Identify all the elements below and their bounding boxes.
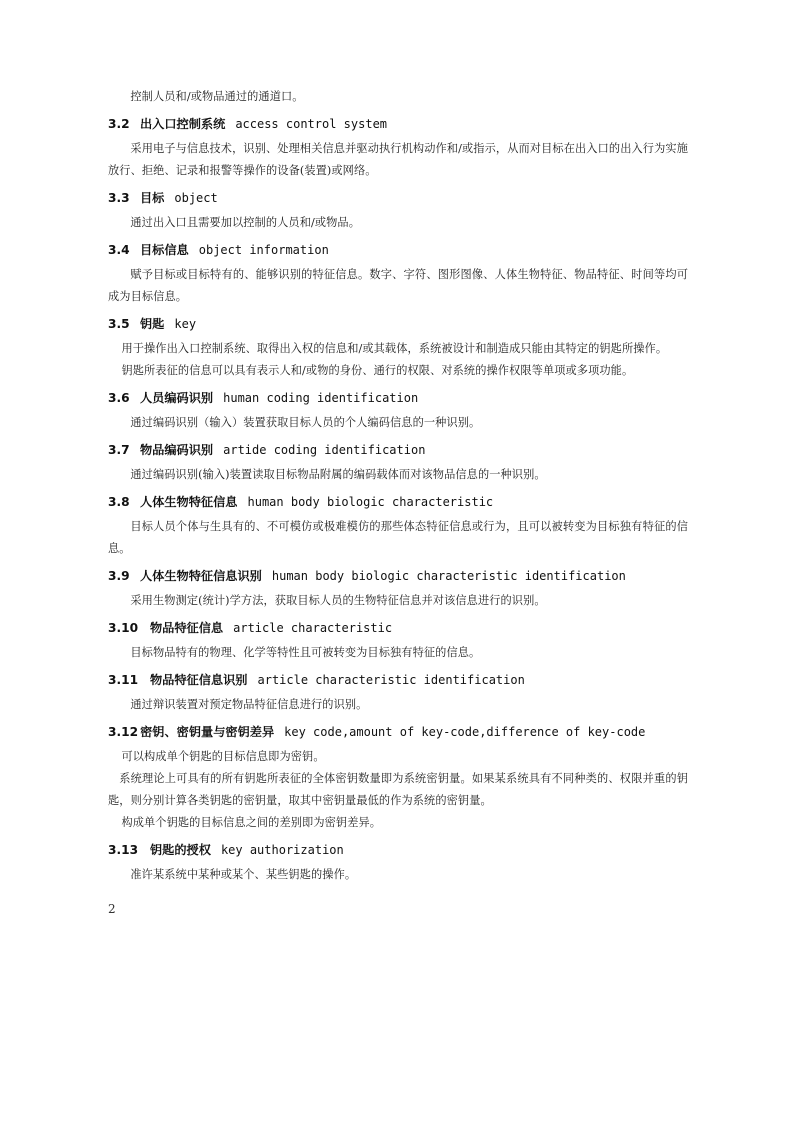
term-number: 3.8 [108, 495, 138, 509]
term-heading-3-13: 3.13 钥匙的授权 key authorization [108, 841, 688, 861]
term-en: key code,amount of key-code,difference o… [284, 725, 645, 739]
term-heading-3-8: 3.8 人体生物特征信息 human body biologic charact… [108, 493, 688, 513]
term-zh: 物品特征信息 [150, 619, 223, 636]
term-number: 3.9 [108, 569, 138, 583]
term-zh: 人体生物特征信息 [140, 493, 238, 510]
term-definition: 采用电子与信息技术，识别、处理相关信息并驱动执行机构动作和/或指示，从而对目标在… [108, 138, 688, 182]
term-zh: 目标信息 [140, 241, 189, 258]
term-definition: 采用生物测定(统计)学方法，获取目标人员的生物特征信息并对该信息进行的识别。 [108, 590, 688, 612]
term-en: human body biologic characteristic ident… [272, 569, 626, 583]
term-number: 3.2 [108, 117, 138, 131]
term-definition: 用于操作出入口控制系统、取得出入权的信息和/或其载体，系统被设计和制造成只能由其… [108, 338, 688, 360]
term-number: 3.7 [108, 443, 138, 457]
term-en: object information [199, 243, 329, 257]
term-heading-3-4: 3.4 目标信息 object information [108, 241, 688, 261]
term-number: 3.3 [108, 191, 138, 205]
term-definition: 赋予目标或目标特有的、能够识别的特征信息。数字、字符、图形图像、人体生物特征、物… [108, 264, 688, 308]
term-definition: 准许某系统中某种或某个、某些钥匙的操作。 [108, 864, 688, 886]
term-definition: 目标人员个体与生具有的、不可模仿或极难模仿的那些体态特征信息或行为，且可以被转变… [108, 516, 688, 560]
term-heading-3-5: 3.5 钥匙 key [108, 315, 688, 335]
term-heading-3-3: 3.3 目标 object [108, 189, 688, 209]
document-page: 控制人员和/或物品通过的通道口。 3.2 出入口控制系统 access cont… [108, 86, 688, 886]
term-number: 3.5 [108, 317, 138, 331]
term-definition: 目标物品特有的物理、化学等特性且可被转变为目标独有特征的信息。 [108, 642, 688, 664]
term-number: 3.13 [108, 843, 148, 857]
term-heading-3-2: 3.2 出入口控制系统 access control system [108, 115, 688, 135]
term-en: human coding identification [223, 391, 418, 405]
term-definition: 可以构成单个钥匙的目标信息即为密钥。 [108, 746, 688, 768]
term-definition: 构成单个钥匙的目标信息之间的差别即为密钥差异。 [108, 812, 688, 834]
term-heading-3-9: 3.9 人体生物特征信息识别 human body biologic chara… [108, 567, 688, 587]
term-zh: 物品特征信息识别 [150, 671, 248, 688]
term-number: 3.11 [108, 673, 148, 687]
term-en: key authorization [221, 843, 344, 857]
term-heading-3-6: 3.6 人员编码识别 human coding identification [108, 389, 688, 409]
term-number: 3.10 [108, 621, 148, 635]
term-en: human body biologic characteristic [248, 495, 494, 509]
term-en: article characteristic identification [258, 673, 525, 687]
term-zh: 目标 [140, 189, 164, 206]
term-heading-3-12: 3.12 密钥、密钥量与密钥差异 key code,amount of key-… [108, 723, 688, 743]
term-definition: 通过编码识别(输入)装置读取目标物品附属的编码载体而对该物品信息的一种识别。 [108, 464, 688, 486]
term-zh: 密钥、密钥量与密钥差异 [140, 723, 274, 740]
term-number: 3.4 [108, 243, 138, 257]
term-zh: 钥匙 [140, 315, 164, 332]
page-number: 2 [108, 902, 116, 916]
term-en: key [174, 317, 196, 331]
term-zh: 钥匙的授权 [150, 841, 211, 858]
term-heading-3-10: 3.10 物品特征信息 article characteristic [108, 619, 688, 639]
term-en: article characteristic [233, 621, 392, 635]
term-zh: 出入口控制系统 [140, 115, 225, 132]
term-number: 3.6 [108, 391, 138, 405]
term-zh: 人体生物特征信息识别 [140, 567, 262, 584]
term-number: 3.12 [108, 725, 138, 739]
term-definition: 通过辩识装置对预定物品特征信息进行的识别。 [108, 694, 688, 716]
term-definition: 通过出入口且需要加以控制的人员和/或物品。 [108, 212, 688, 234]
term-zh: 物品编码识别 [140, 441, 213, 458]
term-en: access control system [235, 117, 387, 131]
term-en: artide coding identification [223, 443, 425, 457]
term-definition: 系统理论上可具有的所有钥匙所表征的全体密钥数量即为系统密钥量。如果某系统具有不同… [108, 768, 688, 812]
term-en: object [174, 191, 217, 205]
intro-fragment: 控制人员和/或物品通过的通道口。 [108, 86, 688, 108]
term-heading-3-7: 3.7 物品编码识别 artide coding identification [108, 441, 688, 461]
term-zh: 人员编码识别 [140, 389, 213, 406]
term-definition: 通过编码识别（输入）装置获取目标人员的个人编码信息的一种识别。 [108, 412, 688, 434]
term-heading-3-11: 3.11 物品特征信息识别 article characteristic ide… [108, 671, 688, 691]
term-note: 钥匙所表征的信息可以具有表示人和/或物的身份、通行的权限、对系统的操作权限等单项… [108, 360, 688, 382]
